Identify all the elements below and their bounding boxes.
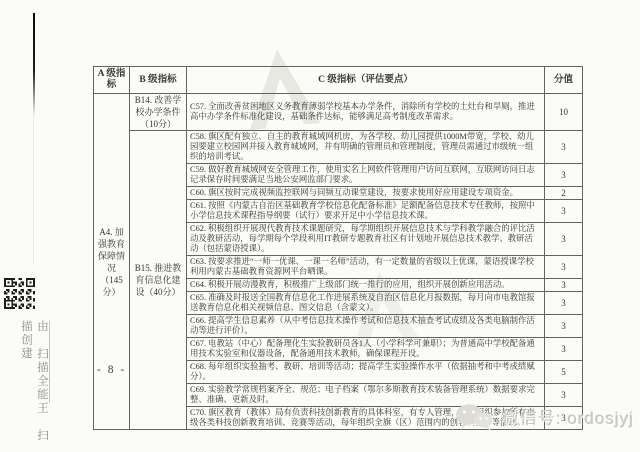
col-header-a-indicator: A 级指标 xyxy=(94,67,130,94)
score-cell: 3 xyxy=(545,164,583,187)
score-cell: 3 xyxy=(545,279,583,292)
table-header-row: A 级指标 B 级指标 C 级指标（评估要点） 分值 xyxy=(94,67,583,94)
score-cell: 3 xyxy=(545,131,583,164)
c-indicator-cell: C64. 积极开展动漫教育，积极推广上级部门统一推行的应用，组织开展创新应用活动… xyxy=(187,279,545,292)
scan-edge-line xyxy=(33,13,35,117)
page-number: - 8 - xyxy=(97,364,126,376)
table-row: A4. 加强教育保障情况（145分）B14. 改善学校办学条件（10分）C57.… xyxy=(94,94,583,131)
wechat-icon xyxy=(455,403,493,430)
score-cell: 10 xyxy=(545,94,583,131)
c-indicator-cell: C61. 按照《内蒙古自治区基础教育学校信息化配备标准》足额配备信息技术专任教师… xyxy=(187,200,545,223)
col-header-b-indicator: B 级指标 xyxy=(130,67,187,94)
camscanner-caption: 由 扫描全能王 扫描创建 xyxy=(18,320,50,452)
c-indicator-cell: C59. 做好教育城域网安全管理工作，使用实名上网软件管理用户访问互联网，互联网… xyxy=(187,164,545,187)
score-cell: 3 xyxy=(545,292,583,315)
score-cell: 3 xyxy=(545,338,583,361)
wechat-footer: 微信号: ordosjyj xyxy=(455,401,634,431)
score-cell: 3 xyxy=(545,315,583,338)
c-indicator-cell: C60. 旗区按时完成视频监控联网与同频互动课堂建设，按要求使用好应用建设专项资… xyxy=(187,187,545,200)
score-cell: 2 xyxy=(545,187,583,200)
camscanner-qr-code-icon xyxy=(4,278,35,309)
col-header-score: 分值 xyxy=(545,67,583,94)
table-row: B15. 推进教育信息化建设（40分）C58. 旗区配有独立、自主的教育城域网机… xyxy=(94,131,583,164)
b-indicator-cell: B15. 推进教育信息化建设（40分） xyxy=(130,131,187,430)
b-indicator-cell: B14. 改善学校办学条件（10分） xyxy=(130,94,187,131)
score-cell: 5 xyxy=(545,361,583,384)
scanned-page: A 级指标 B 级指标 C 级指标（评估要点） 分值 A4. 加强教育保障情况（… xyxy=(0,0,640,452)
c-indicator-cell: C58. 旗区配有独立、自主的教育城域网机房，为各学校、幼儿园提供1000M带宽… xyxy=(187,131,545,164)
c-indicator-cell: C66. 提高学生信息素养（从中考信息技术操作考试和信息技术抽查考试成绩及各类电… xyxy=(187,315,545,338)
c-indicator-cell: C67. 电教站（中心）配备理化生实验教研员各1人（小学科学可兼职）；为普通高中… xyxy=(187,338,545,361)
caption-side-line xyxy=(49,321,50,403)
scan-edge-line-faint xyxy=(33,115,34,265)
evaluation-indicator-table: A 级指标 B 级指标 C 级指标（评估要点） 分值 A4. 加强教育保障情况（… xyxy=(93,66,583,430)
c-indicator-cell: C63. 按要求推进“一师一优课、一课一名师”活动，有一定数量的省级以上优课，蒙… xyxy=(187,256,545,279)
score-cell: 3 xyxy=(545,223,583,256)
score-cell: 3 xyxy=(545,200,583,223)
wechat-id-label: 微信号: ordosjyj xyxy=(502,404,634,429)
c-indicator-cell: C68. 每年组织实验抽考、教研、培训等活动；提高学生实验操作水平（依据抽考和中… xyxy=(187,361,545,384)
score-cell: 3 xyxy=(545,256,583,279)
col-header-c-indicator: C 级指标（评估要点） xyxy=(187,67,545,94)
a-indicator-cell: A4. 加强教育保障情况（145分） xyxy=(94,94,130,430)
c-indicator-cell: C62. 积极组织开展现代教育技术课题研究，每学期组织开展信息技术与学科教学融合… xyxy=(187,223,545,256)
c-indicator-cell: C57. 全面改善贫困地区义务教育薄弱学校基本办学条件，消除所有学校的土灶台和旱… xyxy=(187,94,545,131)
c-indicator-cell: C65. 准确及时报送全国教育信息化工作进展系统及自治区信息化月报数据，每月向市… xyxy=(187,292,545,315)
